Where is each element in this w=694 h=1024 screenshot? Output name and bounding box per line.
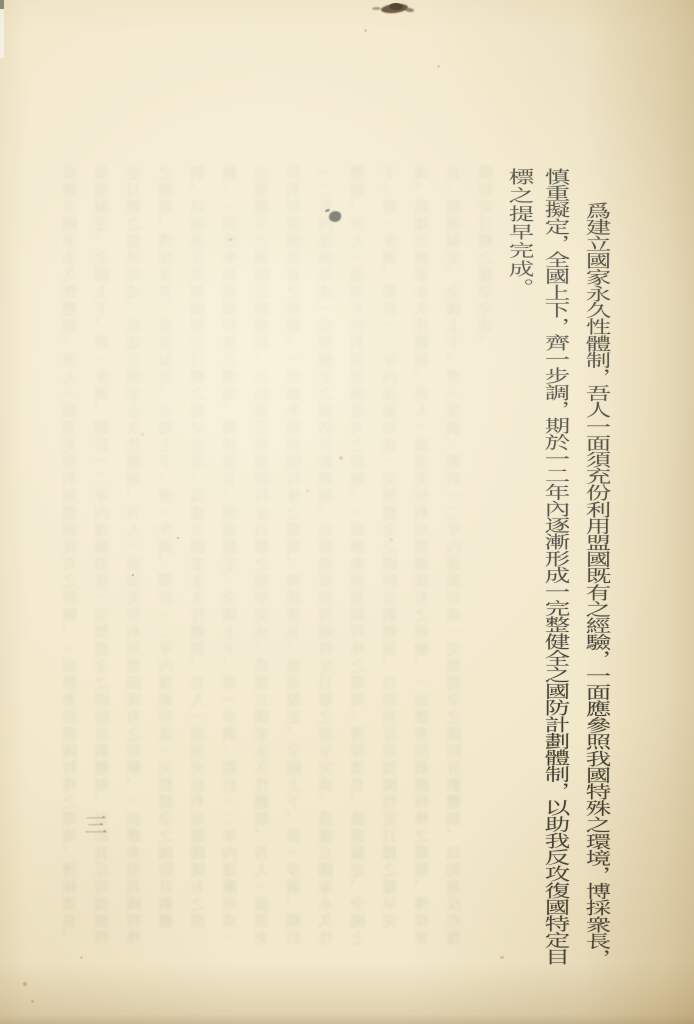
bleed-through-text: 爲建立國家永久性體制，吾人一面須充份利用盟國既有之經驗，一面應參照我國特殊之環境…	[55, 165, 500, 955]
text-column-1: 爲建立國家永久性體制，吾人一面須充份利用盟國既有之經驗，一面應參照我國特殊之環境…	[583, 202, 609, 966]
fox-spot	[229, 238, 232, 241]
fox-spot	[132, 574, 134, 576]
fox-spot	[23, 982, 27, 986]
ink-blot-core	[389, 3, 403, 10]
fox-spot	[364, 29, 367, 32]
ink-blot-wisp-right	[405, 7, 414, 12]
text-column-2: 慎重擬定，全國上下，齊一步調，期於一二年內逐漸形成一完整健全之國防計劃體制，以助…	[542, 168, 568, 965]
fox-spot	[177, 537, 179, 539]
page-number: 三	[85, 809, 108, 838]
fox-spot	[31, 1000, 34, 1003]
fox-spot	[141, 433, 144, 436]
scanned-page: 爲建立國家永久性體制，吾人一面須充份利用盟國既有之經驗，一面應參照我國特殊之環境…	[0, 0, 694, 1024]
fox-spot	[80, 956, 83, 959]
fox-spot	[390, 538, 393, 541]
page-edge-sliver	[0, 0, 4, 58]
fox-spot	[500, 956, 504, 959]
text-column-3: 標之提早完成。	[506, 168, 532, 297]
fox-spot	[437, 65, 440, 68]
fox-spot	[306, 489, 309, 492]
ink-blot-wisp-left	[372, 7, 381, 10]
fox-spot	[339, 456, 343, 460]
